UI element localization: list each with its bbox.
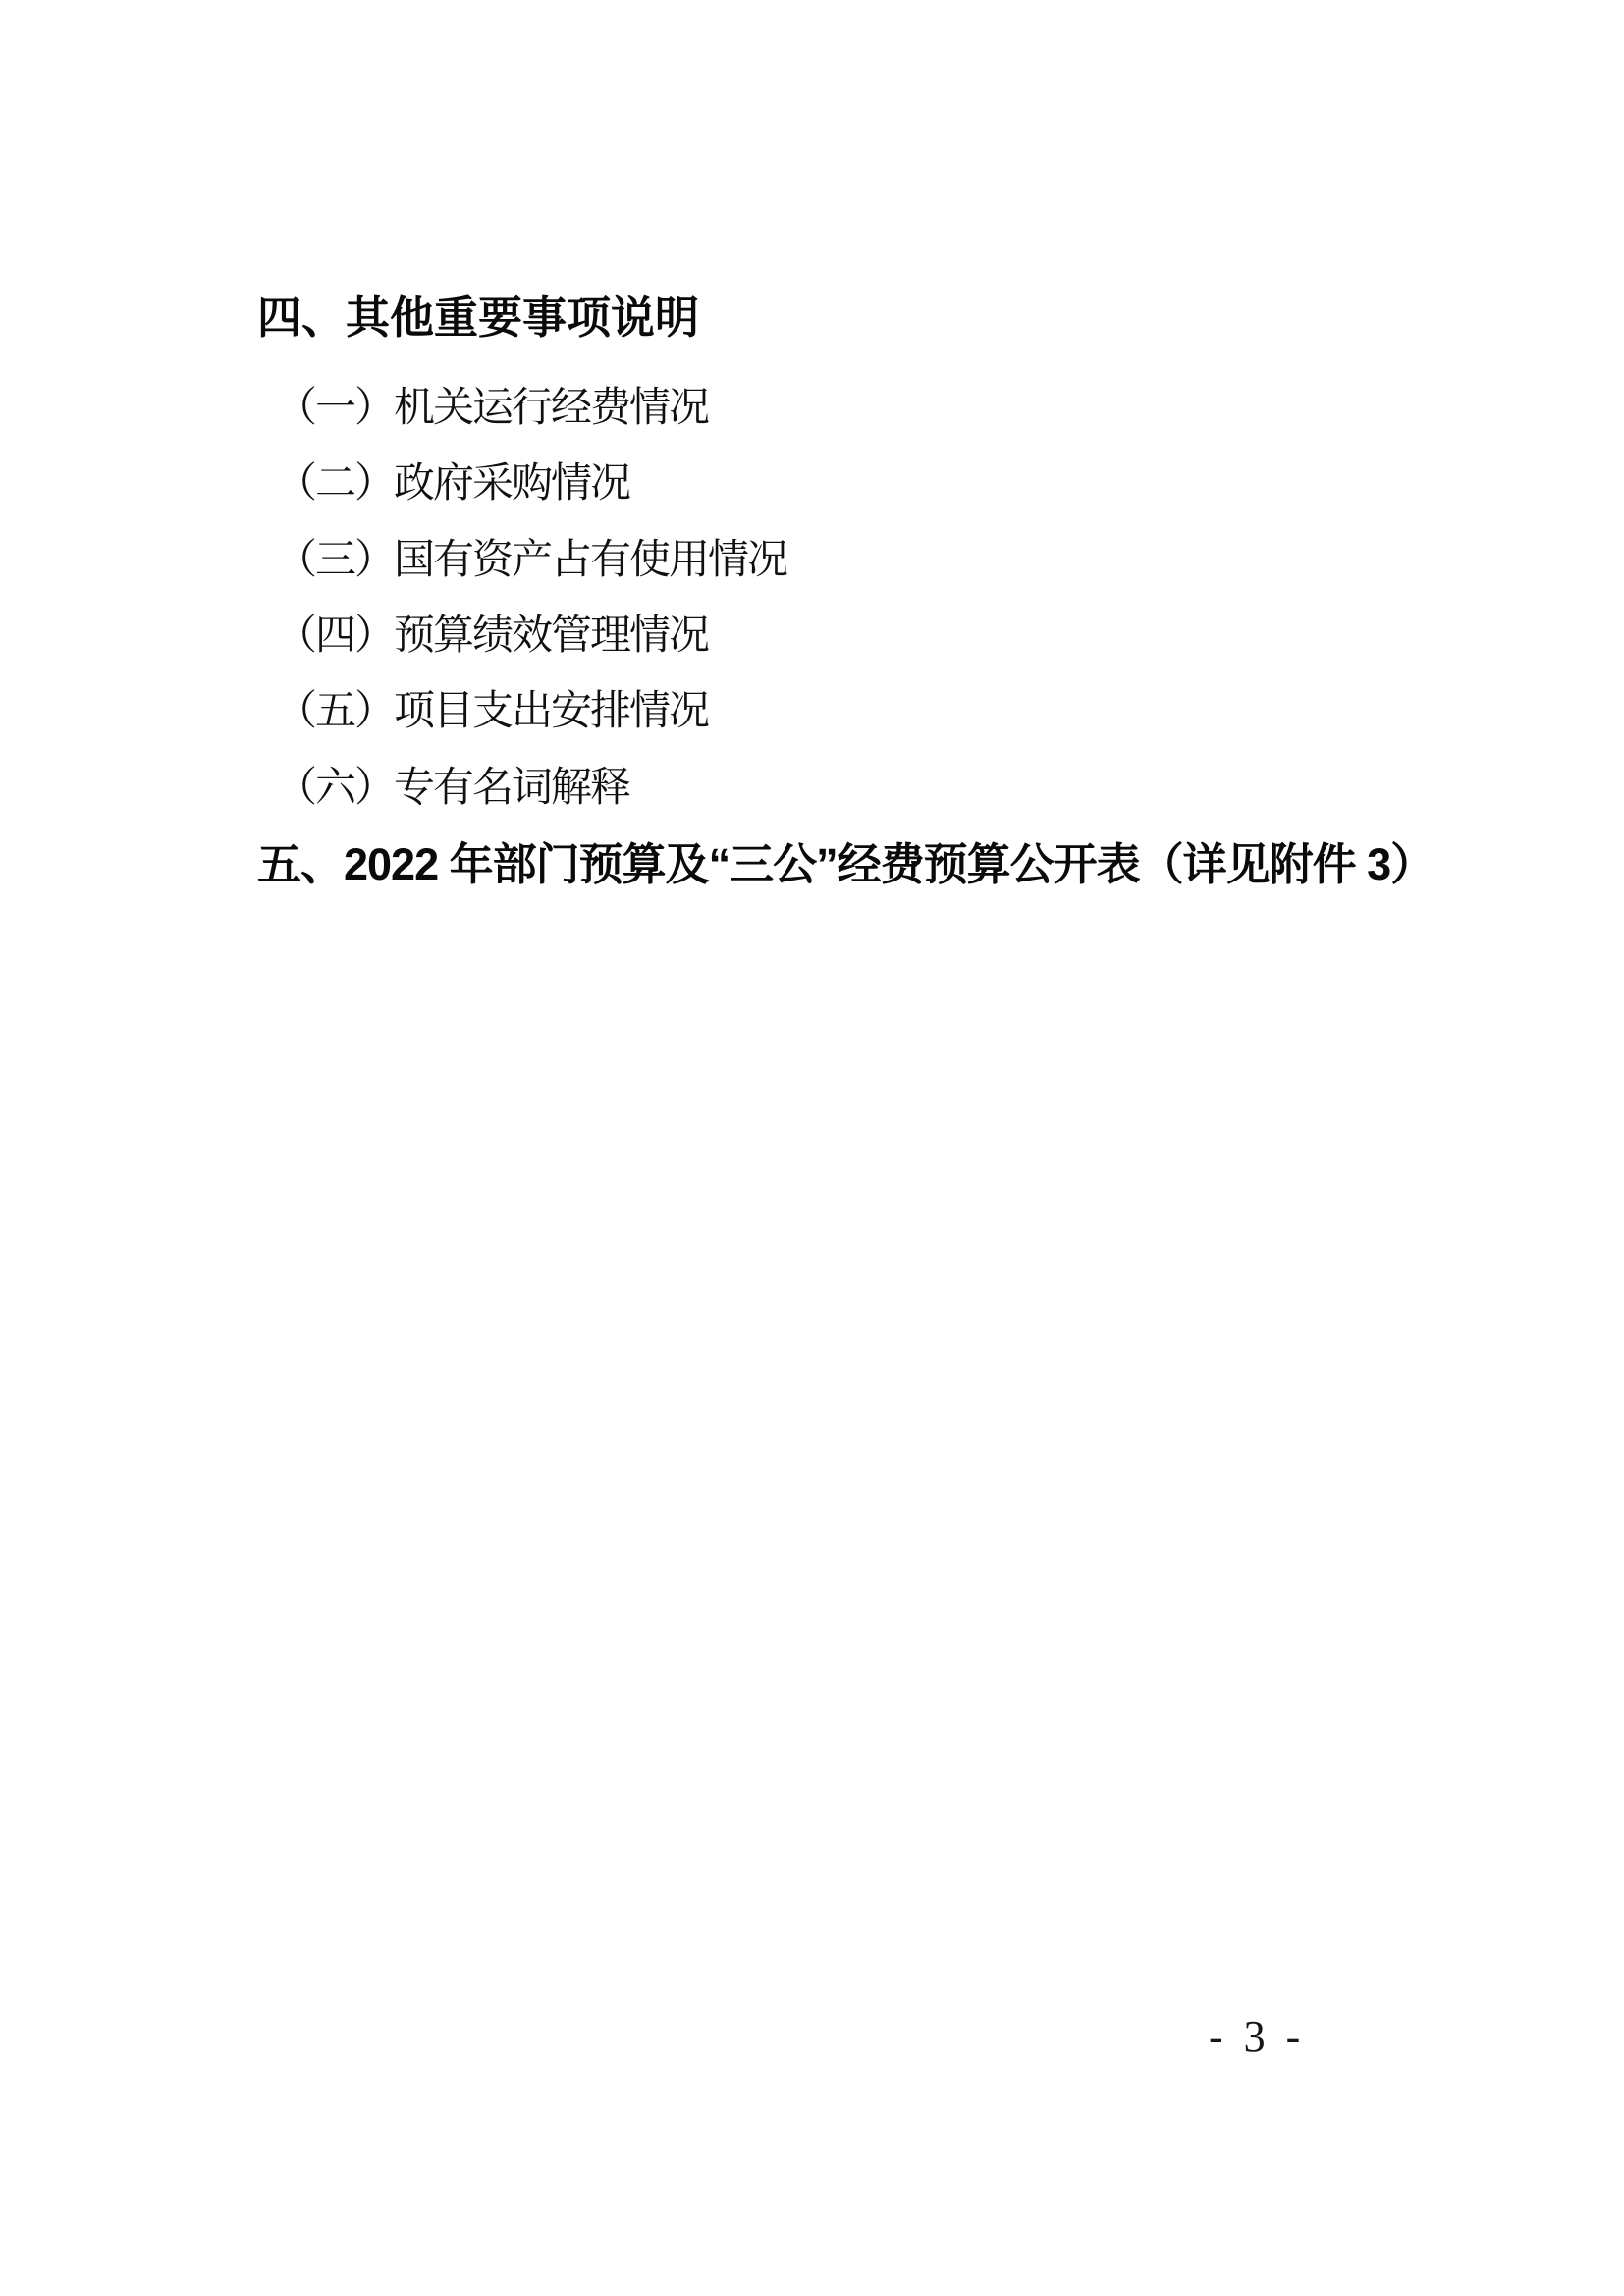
toc-item-project-expenditure-arrangement: （五）项目支出安排情况 [276,689,708,734]
page-number: - 3 - [1209,2011,1305,2061]
toc-item-glossary-of-terms: （六）专有名词解释 [276,766,629,811]
toc-item-budget-performance-management: （四）预算绩效管理情况 [276,614,708,659]
section-heading-other-important-matters: 四、其他重要事项说明 [257,294,699,343]
toc-item-state-owned-assets: （三）国有资产占有使用情况 [276,538,786,583]
document-page: 四、其他重要事项说明 （一）机关运行经费情况 （二）政府采购情况 （三）国有资产… [0,0,1624,2296]
section-heading-budget-public-tables: 五、2022 年部门预算及“三公”经费预算公开表（详见附件 3） [257,840,1434,889]
toc-item-agency-operating-funds: （一）机关运行经费情况 [276,386,708,431]
toc-item-government-procurement: （二）政府采购情况 [276,461,629,507]
